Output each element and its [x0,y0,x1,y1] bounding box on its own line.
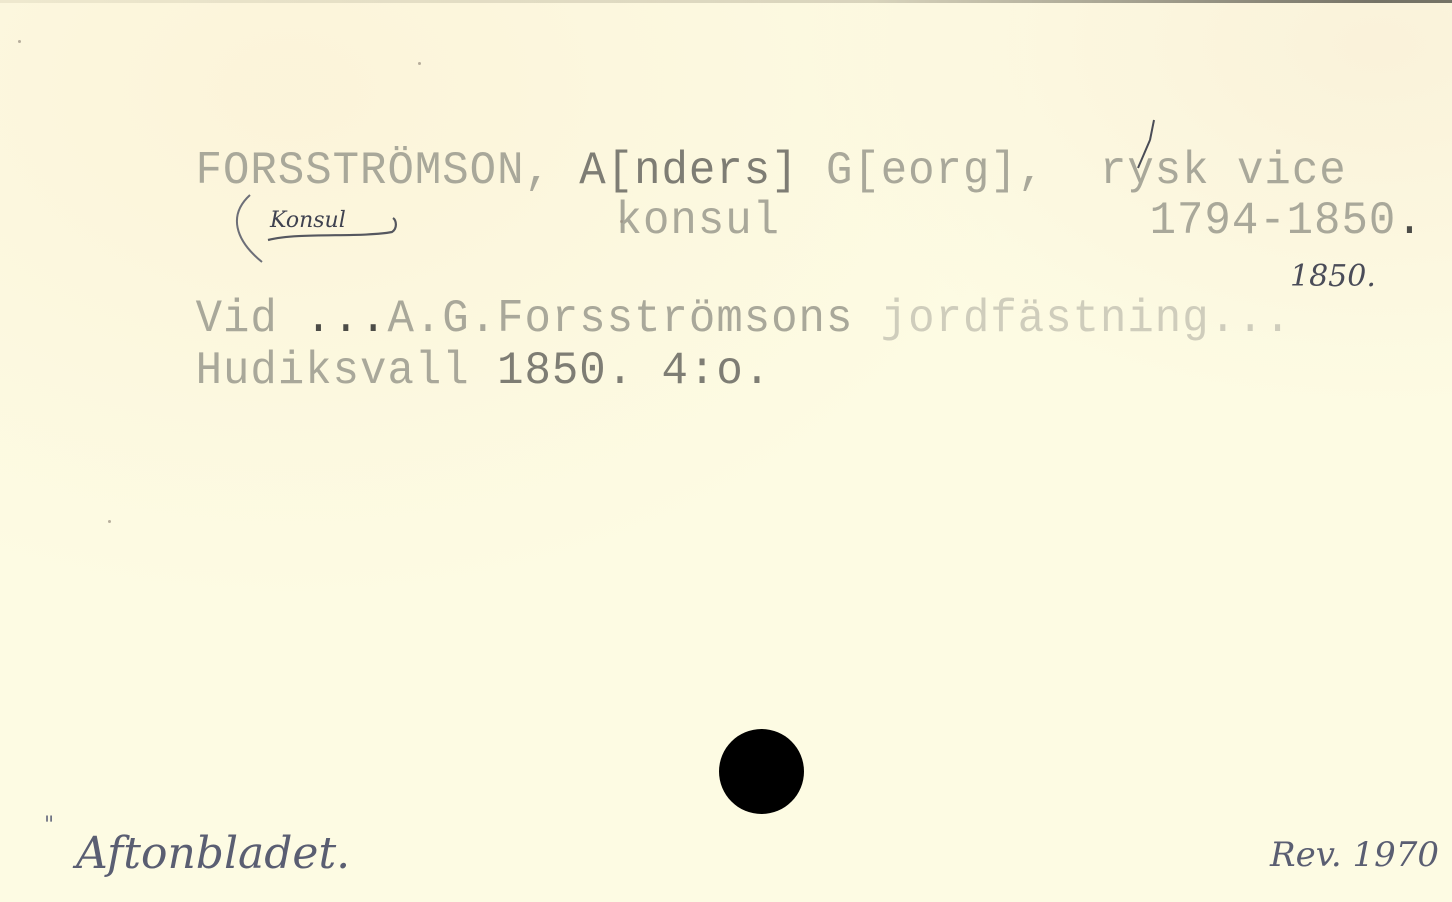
handwritten-insert-konsul: Konsul [270,210,346,232]
paper-speck [418,62,421,65]
body-format: 4:o. [662,345,772,398]
paper-speck [18,40,21,43]
punch-hole [719,729,804,814]
title-line-2: konsul [616,195,780,247]
paper-speck [620,220,623,223]
card-top-edge [0,0,1452,3]
body-rest: jordfästning... [881,293,1292,346]
body-place: Hudiksvall [196,345,470,398]
years-period: . [1396,195,1423,247]
handwritten-source-note: Aftonbladet. [76,832,350,876]
paper-speck [108,520,111,523]
surname: FORSSTRÖMSON, [196,145,552,197]
body-line-2: Hudiksvall 1850. 4:o. [86,302,771,441]
given-name-2: G[eorg], [826,145,1045,197]
handwritten-ditto-mark: " [44,815,54,837]
years: 1794-1850 [1150,195,1397,247]
body-year: 1850. [497,345,634,398]
catalog-card: FORSSTRÖMSON, A[nders] G[eorg], rysk vic… [0,0,1452,902]
handwritten-revision-note: Rev. 1970 [1270,838,1439,872]
handwritten-year: 1850. [1290,262,1376,292]
